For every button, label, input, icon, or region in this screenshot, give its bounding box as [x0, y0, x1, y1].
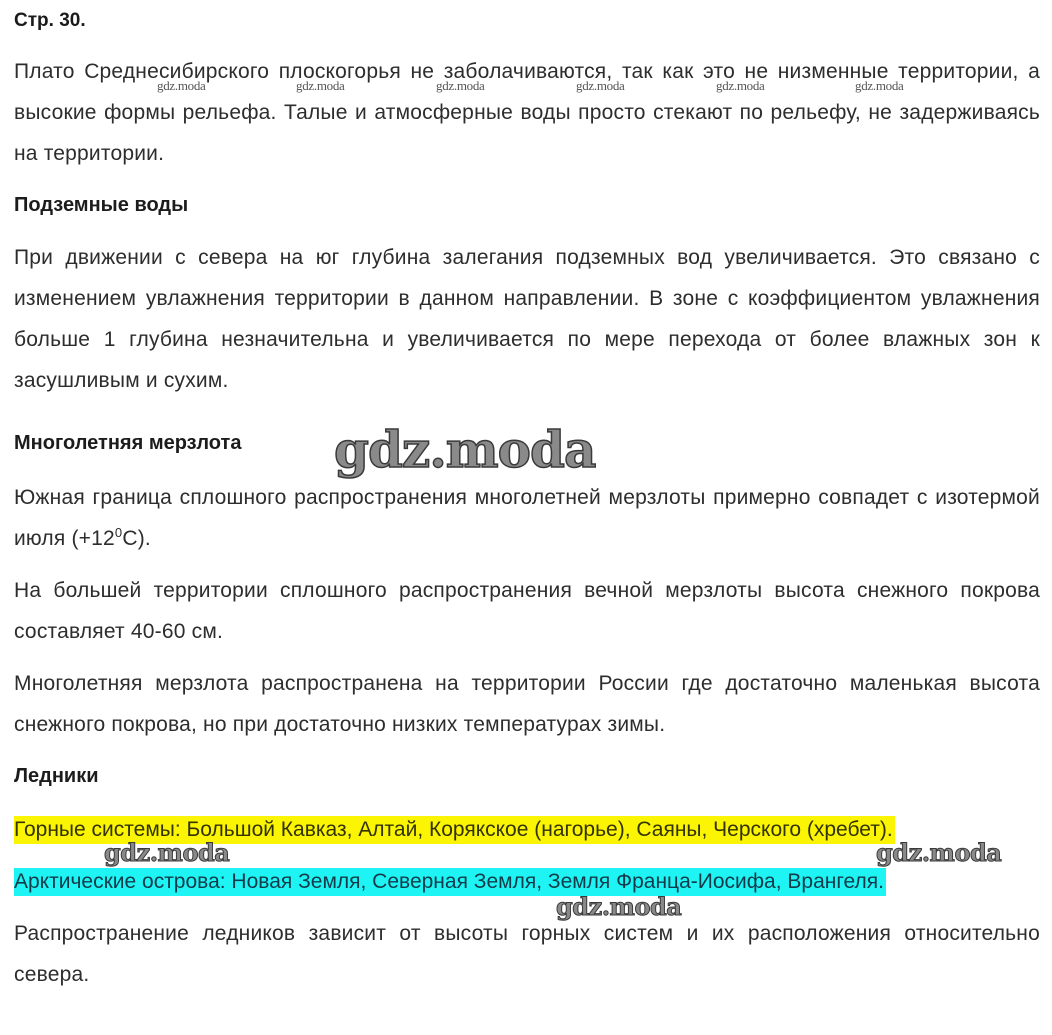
permafrost-paragraph-1: Южная граница сплошного распространения …	[14, 477, 1040, 559]
watermark-large: gdz.moda	[334, 420, 595, 479]
watermark: gdz.moda	[556, 892, 681, 921]
heading-glaciers: Ледники	[14, 765, 99, 788]
page-number-label: Стр. 30.	[14, 10, 86, 31]
permafrost-paragraph-3: Многолетняя мерзлота распространена на т…	[14, 663, 1040, 745]
watermark: gdz.moda	[876, 838, 1001, 867]
intro-paragraph: Плато Среднесибирского плоскогорья не за…	[14, 51, 1040, 174]
highlight-arctic-islands: Арктические острова: Новая Земля, Северн…	[14, 868, 886, 896]
groundwater-paragraph: При движении с севера на юг глубина зале…	[14, 237, 1040, 401]
permafrost-text-a: Южная граница сплошного распространения …	[14, 486, 1040, 550]
glaciers-paragraph: Распространение ледников зависит от высо…	[14, 913, 1040, 995]
watermark: gdz.moda	[716, 78, 765, 94]
watermark: gdz.moda	[436, 78, 485, 94]
heading-groundwater: Подземные воды	[14, 194, 188, 217]
page-header: Стр. 30.	[14, 10, 296, 32]
watermark: gdz.moda	[855, 78, 904, 94]
permafrost-paragraph-2: На большей территории сплошного распрост…	[14, 570, 1040, 652]
permafrost-text-b: С).	[122, 527, 151, 550]
watermark: gdz.moda	[296, 78, 345, 94]
heading-permafrost: Многолетняя мерзлота	[14, 432, 241, 455]
watermark: gdz.moda	[157, 78, 206, 94]
watermark: gdz.moda	[576, 78, 625, 94]
watermark: gdz.moda	[104, 838, 229, 867]
